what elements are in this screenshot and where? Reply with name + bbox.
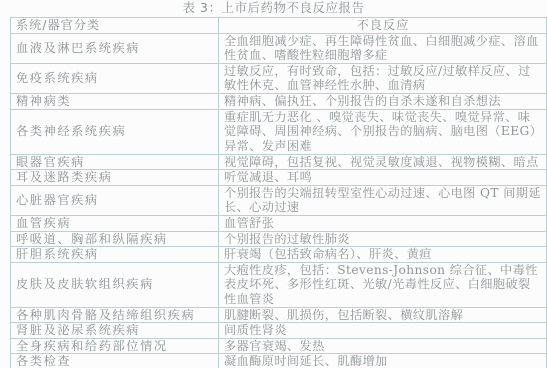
row-reactions: 多器官衰竭、发热 xyxy=(219,338,547,354)
row-reactions: 大疱性皮疹，包括：Stevens-Johnson 综合征、中毒性表皮坏死、多形性… xyxy=(219,262,547,307)
row-category: 各种肌肉骨骼及结缔组织疾病 xyxy=(11,307,219,323)
row-reactions: 肝衰竭（包括致命病名）、肝炎、黄疸 xyxy=(219,247,547,263)
row-reactions: 凝血酶原时间延长、肌酶增加 xyxy=(219,354,547,368)
header-adverse-reactions: 不良反应 xyxy=(219,18,547,34)
row-reactions: 视觉障碍，包括复视、视觉灵敏度减退、视物模糊、暗点 xyxy=(219,154,547,170)
table-row: 血液及淋巴系统疾病 全血细胞减少症、再生障碍性贫血、白细胞减少症、溶血性贫血、嗜… xyxy=(11,33,547,63)
row-category: 全身疾病和给药部位情况 xyxy=(11,338,219,354)
row-category: 呼吸道、胸部和纵隔疾病 xyxy=(11,231,219,247)
row-category: 血液及淋巴系统疾病 xyxy=(11,33,219,63)
table-caption: 表 3：上市后药物不良反应报告 xyxy=(0,1,547,15)
row-reactions: 间质性肾炎 xyxy=(219,323,547,339)
adverse-reactions-table: 系统/器官分类 不良反应 血液及淋巴系统疾病 全血细胞减少症、再生障碍性贫血、白… xyxy=(10,17,547,368)
table-header-row: 系统/器官分类 不良反应 xyxy=(11,18,547,34)
row-reactions: 肌腱断裂、肌损伤，包括断裂、横纹肌溶解 xyxy=(219,307,547,323)
row-category: 肝胆系统疾病 xyxy=(11,247,219,263)
table-row: 各类神经系统疾病 重症肌无力恶化 、嗅觉丧失、味觉丧失、嗅觉异常、味觉障碍、周围… xyxy=(11,109,547,154)
row-reactions: 全血细胞减少症、再生障碍性贫血、白细胞减少症、溶血性贫血、嗜酸性粒细胞增多症 xyxy=(219,33,547,63)
row-reactions: 血管舒张 xyxy=(219,215,547,231)
table-row: 各类检查 凝血酶原时间延长、肌酶增加 xyxy=(11,354,547,368)
header-organ-class: 系统/器官分类 xyxy=(11,18,219,34)
table-row: 精神病类 精神病、偏执狂、个别报告的自杀未遂和自杀想法 xyxy=(11,93,547,109)
row-category: 血管疾病 xyxy=(11,215,219,231)
table-row: 耳及迷路类疾病 听觉减退、耳鸣 xyxy=(11,170,547,186)
table-row: 免疫系统疾病 过敏反应，有时致命，包括：过敏反应/过敏样反应、过敏性休克、血管神… xyxy=(11,63,547,93)
table-row: 肝胆系统疾病 肝衰竭（包括致命病名）、肝炎、黄疸 xyxy=(11,247,547,263)
row-category: 精神病类 xyxy=(11,93,219,109)
table-row: 各种肌肉骨骼及结缔组织疾病 肌腱断裂、肌损伤，包括断裂、横纹肌溶解 xyxy=(11,307,547,323)
table-row: 心脏器官疾病 个别报告的尖端扭转型室性心动过速、心电图 QT 间期延长、心动过速 xyxy=(11,185,547,215)
table-row: 全身疾病和给药部位情况 多器官衰竭、发热 xyxy=(11,338,547,354)
row-category: 肾脏及泌尿系统疾病 xyxy=(11,323,219,339)
row-category: 各类神经系统疾病 xyxy=(11,109,219,154)
table-row: 皮肤及皮肤软组织疾病 大疱性皮疹，包括：Stevens-Johnson 综合征、… xyxy=(11,262,547,307)
row-category: 各类检查 xyxy=(11,354,219,368)
table-row: 血管疾病 血管舒张 xyxy=(11,215,547,231)
row-reactions: 听觉减退、耳鸣 xyxy=(219,170,547,186)
row-category: 免疫系统疾病 xyxy=(11,63,219,93)
row-reactions: 精神病、偏执狂、个别报告的自杀未遂和自杀想法 xyxy=(219,93,547,109)
table-row: 呼吸道、胸部和纵隔疾病 个别报告的过敏性肺炎 xyxy=(11,231,547,247)
row-category: 耳及迷路类疾病 xyxy=(11,170,219,186)
table-row: 肾脏及泌尿系统疾病 间质性肾炎 xyxy=(11,323,547,339)
row-reactions: 过敏反应，有时致命，包括：过敏反应/过敏样反应、过敏性休克、血管神经性水肿、血清… xyxy=(219,63,547,93)
row-reactions: 个别报告的尖端扭转型室性心动过速、心电图 QT 间期延长、心动过速 xyxy=(219,185,547,215)
row-category: 皮肤及皮肤软组织疾病 xyxy=(11,262,219,307)
row-category: 心脏器官疾病 xyxy=(11,185,219,215)
row-category: 眼器官疾病 xyxy=(11,154,219,170)
table-row: 眼器官疾病 视觉障碍，包括复视、视觉灵敏度减退、视物模糊、暗点 xyxy=(11,154,547,170)
row-reactions: 重症肌无力恶化 、嗅觉丧失、味觉丧失、嗅觉异常、味觉障碍、周围神经病、个别报告的… xyxy=(219,109,547,154)
row-reactions: 个别报告的过敏性肺炎 xyxy=(219,231,547,247)
